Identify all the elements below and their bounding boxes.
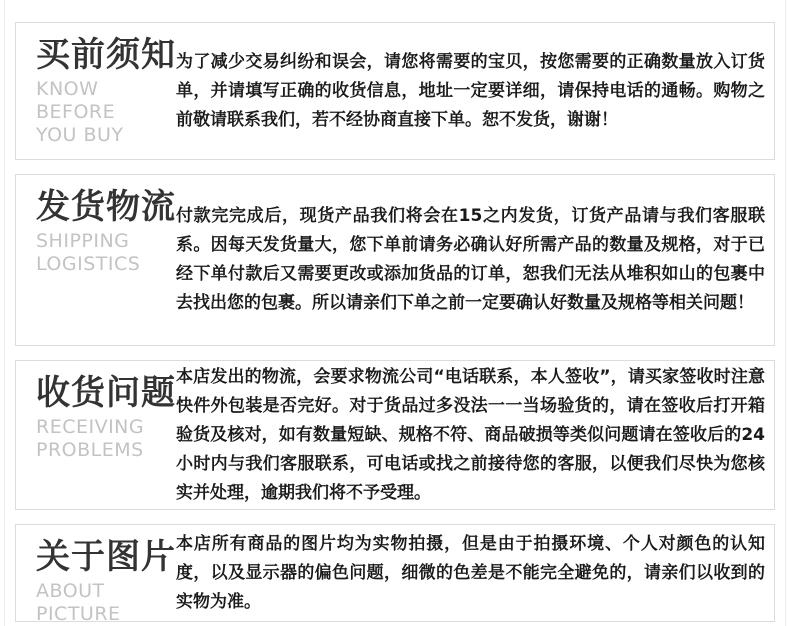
section-title-block: 发货物流 SHIPPING LOGISTICS [16, 175, 176, 345]
section-title-chinese: 关于图片 [36, 539, 176, 576]
section-title-chinese: 发货物流 [36, 189, 176, 226]
section-title-block: 买前须知 KNOW BEFORE YOU BUY [16, 23, 176, 159]
notice-page: 买前须知 KNOW BEFORE YOU BUY 为了减少交易纠纷和误会，请您将… [0, 0, 790, 626]
section-body-text: 本店发出的物流，会要求物流公司“电话联系，本人签收”，请买家签收时注意快件外包装… [176, 363, 765, 508]
notice-section-shipping-logistics: 发货物流 SHIPPING LOGISTICS 付款完完成后，现货产品我们将会在… [15, 174, 775, 346]
section-title-block: 关于图片 ABOUT PICTURE [16, 525, 176, 621]
section-title-english: RECEIVING PROBLEMS [36, 416, 176, 462]
section-body: 本店发出的物流，会要求物流公司“电话联系，本人签收”，请买家签收时注意快件外包装… [176, 361, 774, 509]
notice-section-about-picture: 关于图片 ABOUT PICTURE 本店所有商品的图片均为实物拍摄，但是由于拍… [15, 524, 775, 622]
section-body-text: 本店所有商品的图片均为实物拍摄，但是由于拍摄环境、个人对颜色的认知度，以及显示器… [176, 530, 765, 617]
section-title-english: SHIPPING LOGISTICS [36, 230, 176, 276]
section-title-block: 收货问题 RECEIVING PROBLEMS [16, 361, 176, 509]
section-title-english: ABOUT PICTURE [36, 580, 176, 626]
section-body: 付款完完成后，现货产品我们将会在15之内发货，订货产品请与我们客服联系。因每天发… [176, 175, 774, 345]
notice-section-know-before-you-buy: 买前须知 KNOW BEFORE YOU BUY 为了减少交易纠纷和误会，请您将… [15, 22, 775, 160]
section-title-chinese: 买前须知 [36, 37, 176, 74]
section-body-text: 为了减少交易纠纷和误会，请您将需要的宝贝，按您需要的正确数量放入订货单，并请填写… [176, 48, 765, 135]
section-title-english: KNOW BEFORE YOU BUY [36, 78, 176, 147]
section-body: 本店所有商品的图片均为实物拍摄，但是由于拍摄环境、个人对颜色的认知度，以及显示器… [176, 525, 774, 621]
page-frame: 买前须知 KNOW BEFORE YOU BUY 为了减少交易纠纷和误会，请您将… [4, 0, 786, 626]
notice-section-receiving-problems: 收货问题 RECEIVING PROBLEMS 本店发出的物流，会要求物流公司“… [15, 360, 775, 510]
section-body: 为了减少交易纠纷和误会，请您将需要的宝贝，按您需要的正确数量放入订货单，并请填写… [176, 23, 774, 159]
section-title-chinese: 收货问题 [36, 375, 176, 412]
section-body-text: 付款完完成后，现货产品我们将会在15之内发货，订货产品请与我们客服联系。因每天发… [176, 202, 765, 318]
